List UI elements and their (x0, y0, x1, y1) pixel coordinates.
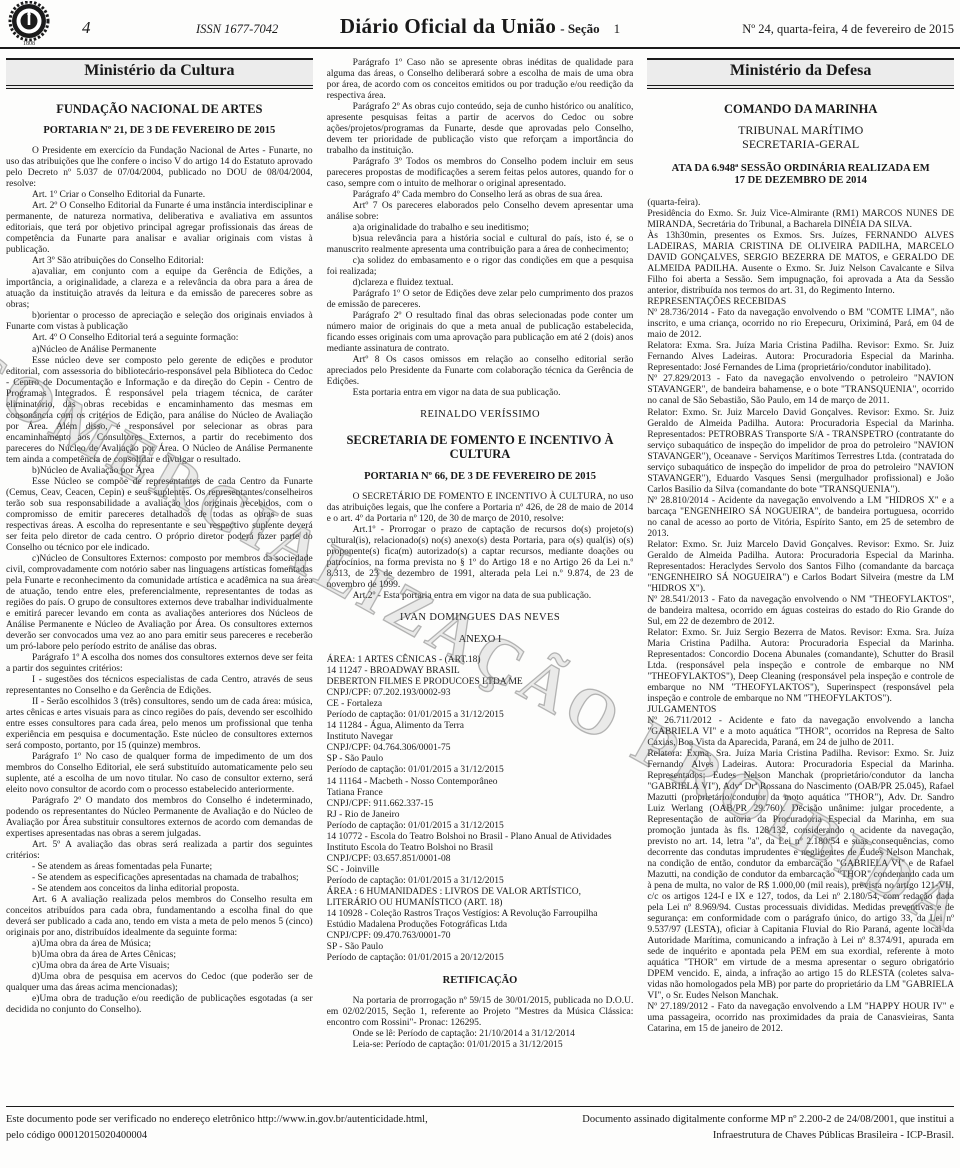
paragraph: PORTARIA Nº 21, DE 3 DE FEVEREIRO DE 201… (24, 125, 295, 137)
paragraph: Esse núcleo deve ser composto pelo geren… (6, 356, 313, 466)
paragraph: 14 11247 - BROADWAY BRASIL (327, 666, 634, 677)
paragraph: c)Uma obra da área de Arte Visuais; (6, 961, 313, 972)
section-number: 1 (614, 21, 621, 36)
paragraph: Nº 27.829/2013 - Fato da navegação envol… (647, 374, 954, 407)
footer-signature-line2: Infraestrutura de Chaves Públicas Brasil… (582, 1128, 954, 1144)
paragraph: b)sua relevância para a história social … (327, 234, 634, 256)
paragraph: Relator: Exmo. Sr. Juiz Marcelo David Go… (647, 408, 954, 496)
paragraph: Período de captação: 01/01/2015 a 31/12/… (327, 710, 634, 721)
paragraph: Artº 8 Os casos omissos em relação ao co… (327, 355, 634, 388)
column-left-flow: FUNDAÇÃO NACIONAL DE ARTESPORTARIA Nº 21… (6, 102, 313, 1017)
footer-verification-text: Este documento pode ser verificado no en… (6, 1112, 428, 1144)
paragraph: PORTARIA Nº 66, DE 3 DE FEVEREIRO DE 201… (345, 471, 616, 483)
paragraph: Parágrafo 1º No caso de qualquer forma d… (6, 752, 313, 796)
section-label: - Seção (560, 21, 599, 36)
ministry-header-cultura: Ministério da Cultura (6, 58, 313, 89)
paragraph: II - Serão escolhidos 3 (três) consultor… (6, 697, 313, 752)
paragraph: JULGAMENTOS (647, 705, 954, 716)
gazette-page: 1808 4 ISSN 1677-7042 Diário Oficial da … (0, 0, 960, 1168)
page-footer: Este documento pode ser verificado no en… (6, 1106, 954, 1168)
paragraph: Art. 2º O Conselho Editorial da Funarte … (6, 201, 313, 256)
paragraph: Parágrafo 2º O resultado final das obras… (327, 311, 634, 355)
paragraph: SP - São Paulo (327, 754, 634, 765)
paragraph: Esta portaria entra em vigor na data de … (327, 388, 634, 399)
paragraph: COMANDO DA MARINHA (647, 102, 954, 117)
ministry-header-defesa: Ministério da Defesa (647, 58, 954, 89)
paragraph: Relator: Exmo. Sr. Juiz Marcelo David Go… (647, 540, 954, 595)
paragraph: TRIBUNAL MARÍTIMO (647, 124, 954, 138)
paragraph: Instituto Escola do Teatro Bolshoi no Br… (327, 843, 634, 854)
paragraph: CNPJ/CPF: 09.470.763/0001-70 (327, 931, 634, 942)
ministry-title: Ministério da Defesa (647, 60, 954, 89)
paragraph: Parágrafo 1º O setor de Edições deve zel… (327, 289, 634, 311)
column-middle-flow: Parágrafo 1º Caso não se apresente obras… (327, 58, 634, 1051)
paragraph: b)Uma obra da área de Artes Cênicas; (6, 950, 313, 961)
paragraph: CE - Fortaleza (327, 699, 634, 710)
paragraph: CNPJ/CPF: 911.662.337-15 (327, 799, 634, 810)
column-right: Ministério da Defesa COMANDO DA MARINHAT… (647, 58, 954, 1104)
paragraph: a)Núcleo de Análise Permanente (6, 345, 313, 356)
paragraph: Leia-se: Período de captação: 01/01/2015… (327, 1040, 634, 1051)
paragraph: REINALDO VERÍSSIMO (327, 409, 634, 421)
paragraph: O SECRETÁRIO DE FOMENTO E INCENTIVO À CU… (327, 492, 634, 525)
paragraph: b)orientar o processo de apreciação e se… (6, 311, 313, 333)
paragraph: Período de captação: 01/01/2015 a 31/12/… (327, 765, 634, 776)
paragraph: O Presidente em exercício da Fundação Na… (6, 146, 313, 190)
paragraph: a)a originalidade do trabalho e seu ined… (327, 223, 634, 234)
paragraph: c)Núcleo de Consultores Externos: compos… (6, 554, 313, 653)
paragraph: Artº 7 Os pareceres elaborados pelo Cons… (327, 201, 634, 223)
paragraph: Nº 26.711/2012 - Acidente e fato da nave… (647, 716, 954, 749)
paragraph: Art. 5º A avaliação das obras será reali… (6, 840, 313, 862)
paragraph: FUNDAÇÃO NACIONAL DE ARTES (6, 102, 313, 117)
paragraph: SECRETARIA-GERAL (647, 138, 954, 152)
paragraph: Período de captação: 01/01/2015 a 31/12/… (327, 821, 634, 832)
paragraph: Nº 27.189/2012 - Fato da navegação envol… (647, 1002, 954, 1035)
paragraph: d)clareza e fluidez textual. (327, 278, 634, 289)
edition-date: Nº 24, quarta-feira, 4 de fevereiro de 2… (742, 22, 954, 37)
paragraph: Art. 1º Criar o Conselho Editorial da Fu… (6, 190, 313, 201)
paragraph: Tatiana France (327, 788, 634, 799)
paragraph: 14 11284 - Água, Alimento da Terra (327, 721, 634, 732)
paragraph: Esse Núcleo se compõe de representantes … (6, 477, 313, 554)
paragraph: REPRESENTAÇÕES RECEBIDAS (647, 297, 954, 308)
page-header: 1808 4 ISSN 1677-7042 Diário Oficial da … (0, 0, 960, 49)
paragraph: RETIFICAÇÃO (345, 975, 616, 987)
paragraph: CNPJ/CPF: 03.657.851/0001-08 (327, 854, 634, 865)
paragraph: SECRETARIA DE FOMENTO E INCENTIVO À CULT… (327, 433, 634, 462)
paragraph: Parágrafo 2º O mandato dos membros do Co… (6, 796, 313, 840)
paragraph: IVAN DOMINGUES DAS NEVES (327, 612, 634, 624)
paragraph: DEBERTON FILMES E PRODUCOES LTDA ME (327, 677, 634, 688)
footer-verification-line2: pelo código 00012015020400004 (6, 1128, 428, 1144)
paragraph: Onde se lê: Período de captação: 21/10/2… (327, 1029, 634, 1040)
paragraph: Nº 28.810/2014 - Acidente da navegação e… (647, 496, 954, 540)
paragraph: Período de captação: 01/01/2015 a 31/12/… (327, 876, 634, 887)
paragraph: Relator: Exmo. Sr. Juiz Sergio Bezerra d… (647, 628, 954, 705)
paragraph: - Se atendem aos conceitos da linha edit… (6, 884, 313, 895)
paragraph: Relatora: Exma. Sra. Juíza Maria Cristin… (647, 749, 954, 1002)
paragraph: ANEXO I (327, 634, 634, 646)
paragraph: 14 10928 - Coleção Rastros Traços Vestíg… (327, 909, 634, 920)
paragraph: Período de captação: 01/01/2015 a 20/12/… (327, 953, 634, 964)
paragraph: Relatora: Exma. Sra. Juíza Maria Cristin… (647, 341, 954, 374)
masthead-title: Diário Oficial da União (340, 14, 556, 38)
column-left: Ministério da Cultura FUNDAÇÃO NACIONAL … (6, 58, 313, 1104)
paragraph: Nº 28.541/2013 - Fato da navegação envol… (647, 595, 954, 628)
paragraph: Parágrafo 2º As obras cujo conteúdo, sej… (327, 102, 634, 157)
paragraph: (quarta-feira). (647, 198, 954, 209)
paragraph: SC - Joinville (327, 865, 634, 876)
paragraph: ATA DA 6.948ª SESSÃO ORDINÁRIA REALIZADA… (665, 163, 936, 187)
paragraph: RJ - Rio de Janeiro (327, 810, 634, 821)
paragraph: Parágrafo 3º Todos os membros do Conselh… (327, 157, 634, 190)
paragraph: Parágrafo 1º A escolha dos nomes dos con… (6, 653, 313, 675)
column-right-flow: COMANDO DA MARINHATRIBUNAL MARÍTIMOSECRE… (647, 102, 954, 1036)
paragraph: Nº 28.736/2014 - Fato da navegação envol… (647, 308, 954, 341)
paragraph: CNPJ/CPF: 04.764.306/0001-75 (327, 743, 634, 754)
column-middle: Parágrafo 1º Caso não se apresente obras… (327, 58, 634, 1104)
paragraph: a)Uma obra da área de Música; (6, 939, 313, 950)
ministry-title: Ministério da Cultura (6, 60, 313, 89)
paragraph: 14 10772 - Escola do Teatro Bolshoi no B… (327, 832, 634, 843)
paragraph: 14 11164 - Macbeth - Nosso Contemporâneo (327, 777, 634, 788)
paragraph: d)Uma obra de pesquisa em acervos do Ced… (6, 972, 313, 994)
paragraph: Estúdio Madalena Produções Fotográficas … (327, 920, 634, 931)
paragraph: Art 3º São atribuições do Conselho Edito… (6, 256, 313, 267)
paragraph: Na portaria de prorrogação nº 59/15 de 3… (327, 996, 634, 1029)
columns-container: Ministério da Cultura FUNDAÇÃO NACIONAL … (6, 58, 954, 1104)
paragraph: CNPJ/CPF: 07.202.193/0002-93 (327, 688, 634, 699)
paragraph: SP - São Paulo (327, 942, 634, 953)
paragraph: Art. 6 A avaliação realizada pelos membr… (6, 895, 313, 939)
seal-year: 1808 (23, 41, 35, 47)
footer-verification-line1: Este documento pode ser verificado no en… (6, 1112, 428, 1128)
footer-signature-line1: Documento assinado digitalmente conforme… (582, 1112, 954, 1128)
paragraph: Instituto Navegar (327, 732, 634, 743)
paragraph: - Se atendem as áreas fomentadas pela Fu… (6, 862, 313, 873)
paragraph: ÁREA : 6 HUMANIDADES : LIVROS DE VALOR A… (327, 887, 634, 909)
footer-signature-text: Documento assinado digitalmente conforme… (582, 1112, 954, 1144)
paragraph: a)avaliar, em conjunto com a equipe da G… (6, 267, 313, 311)
paragraph: I - sugestões dos técnicos especialistas… (6, 675, 313, 697)
paragraph: e)Uma obra de tradução e/ou reedição de … (6, 994, 313, 1016)
paragraph: Art. 4º O Conselho Editorial terá a segu… (6, 333, 313, 344)
paragraph: Às 13h30min, presentes os Exmos. Srs. Ju… (647, 231, 954, 297)
paragraph: ÁREA: 1 ARTES CÊNICAS - (ART.18) (327, 655, 634, 666)
paragraph: Art.1º - Prorrogar o prazo de captação d… (327, 525, 634, 591)
paragraph: Presidência do Exmo. Sr. Juiz Vice-Almir… (647, 209, 954, 231)
paragraph: Art.2º - Esta portaria entra em vigor na… (327, 591, 634, 602)
paragraph: - Se atendem as especificações apresenta… (6, 873, 313, 884)
paragraph: Parágrafo 1º Caso não se apresente obras… (327, 58, 634, 102)
paragraph: b)Núcleo de Avaliação por Área (6, 466, 313, 477)
paragraph: c)a solidez do embasamento e o rigor das… (327, 256, 634, 278)
paragraph: Parágrafo 4º Cada membro do Conselho ler… (327, 190, 634, 201)
